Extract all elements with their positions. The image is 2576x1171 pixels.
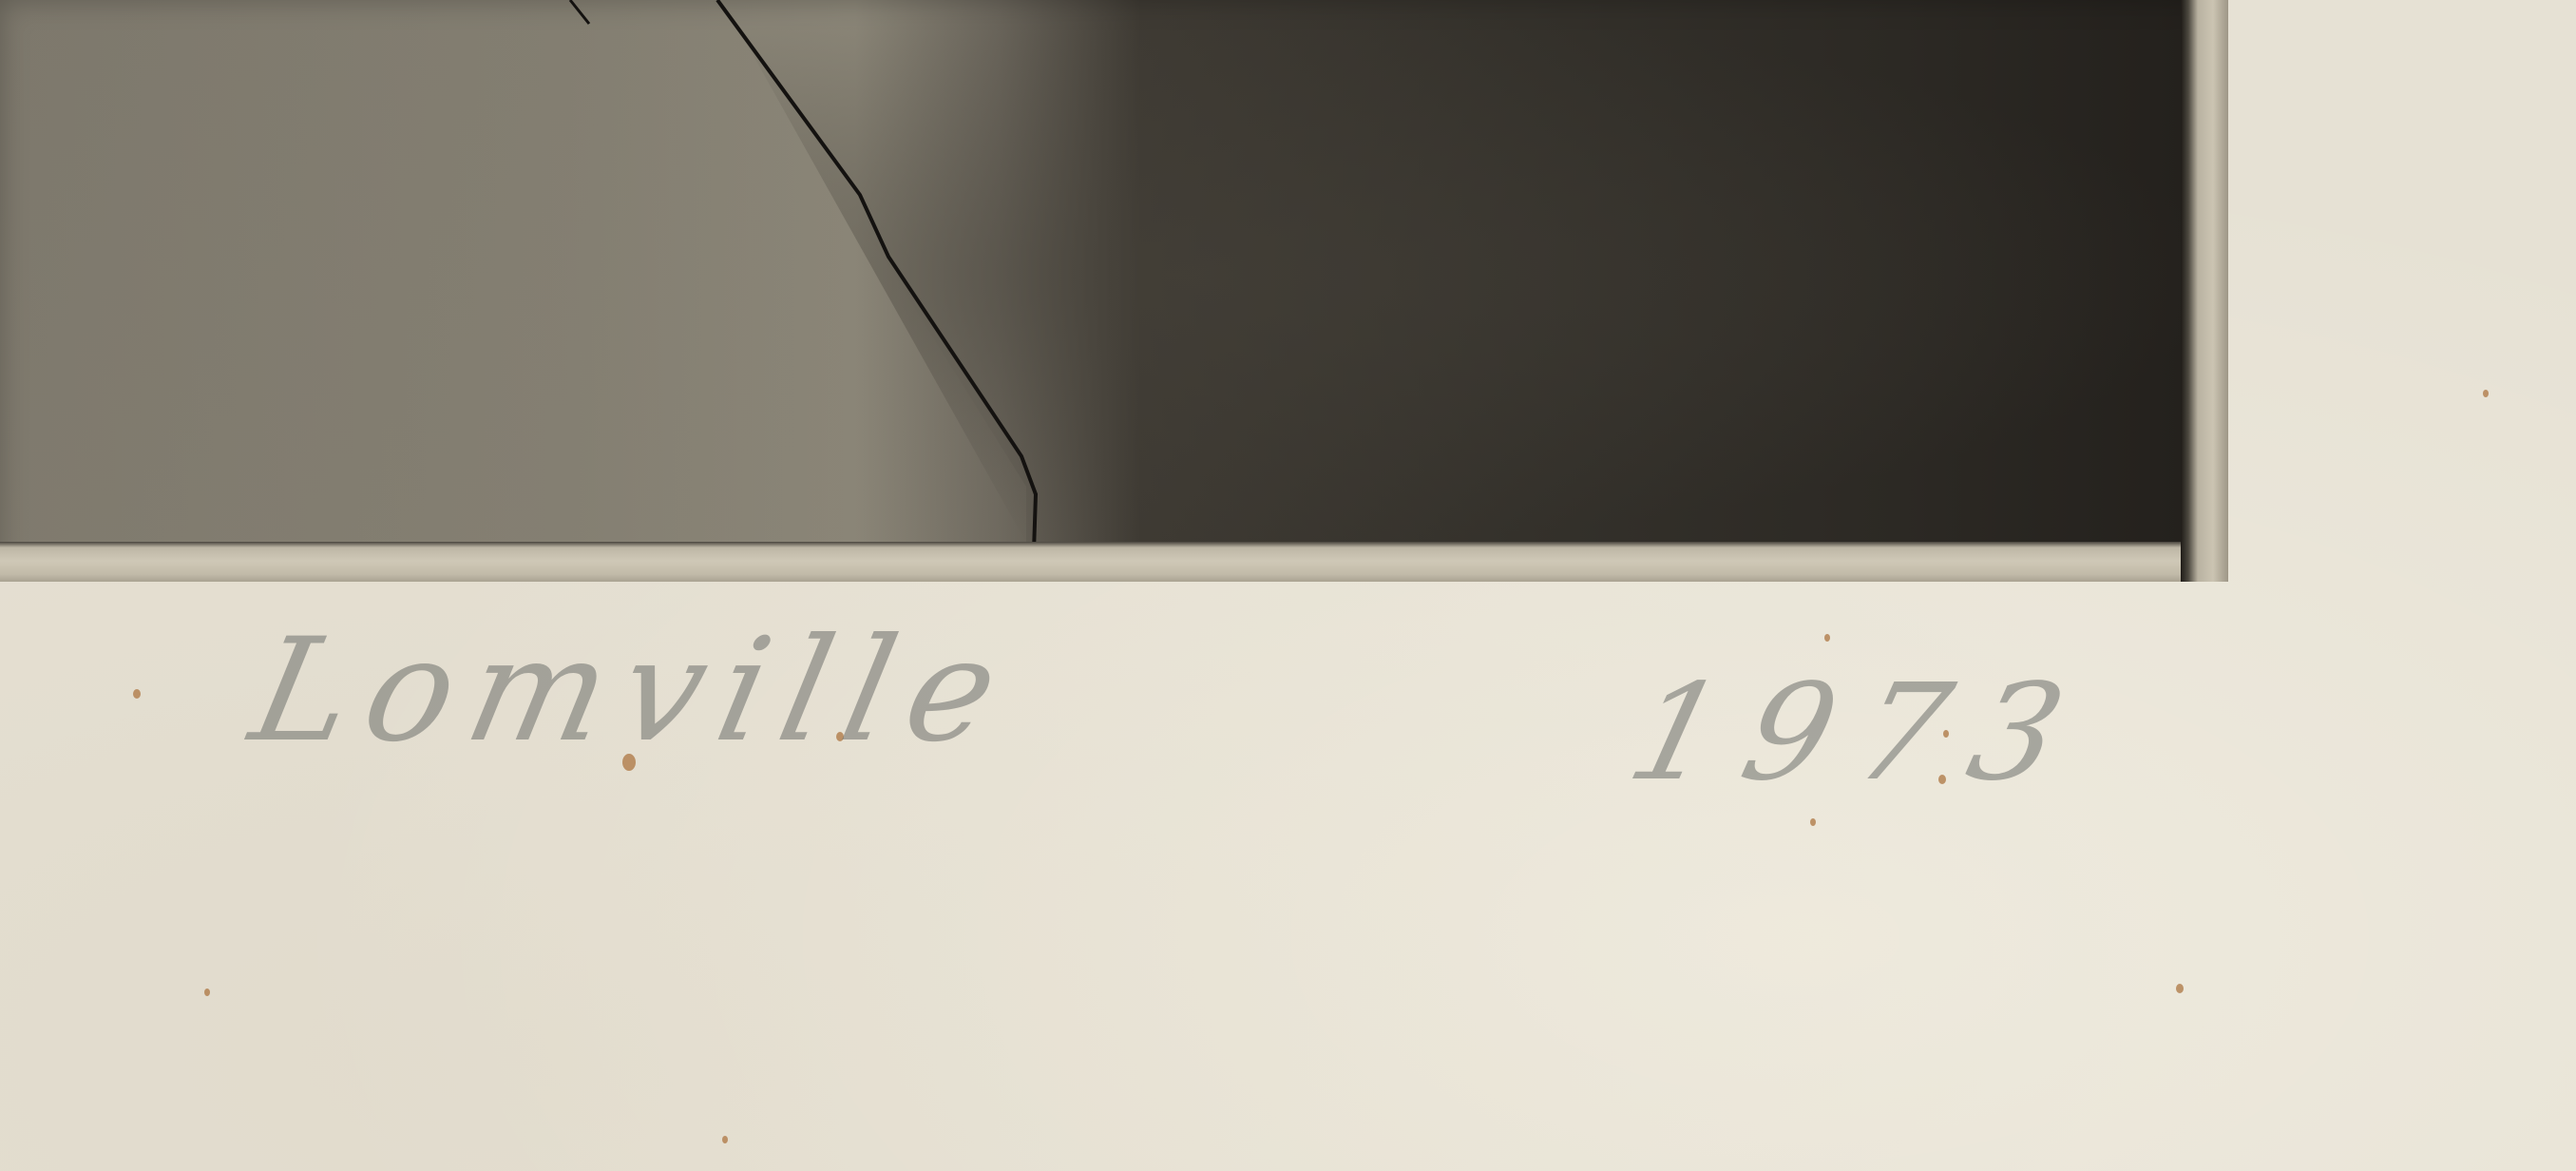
foxing-spot [133, 689, 141, 699]
foxing-spot [2176, 984, 2184, 993]
foxing-spot [1824, 634, 1830, 642]
signature-date: 1973 [1615, 656, 2107, 811]
foxing-spot [2483, 390, 2489, 397]
foxing-spot [1810, 818, 1816, 826]
plate-mark-right-edge [2181, 0, 2228, 582]
printed-plate-area [0, 0, 2228, 582]
artist-signature: Lomville [239, 608, 1029, 774]
foxing-spot [722, 1136, 728, 1143]
foxing-spot [204, 989, 210, 996]
plate-mark-bottom-edge [0, 542, 2214, 582]
